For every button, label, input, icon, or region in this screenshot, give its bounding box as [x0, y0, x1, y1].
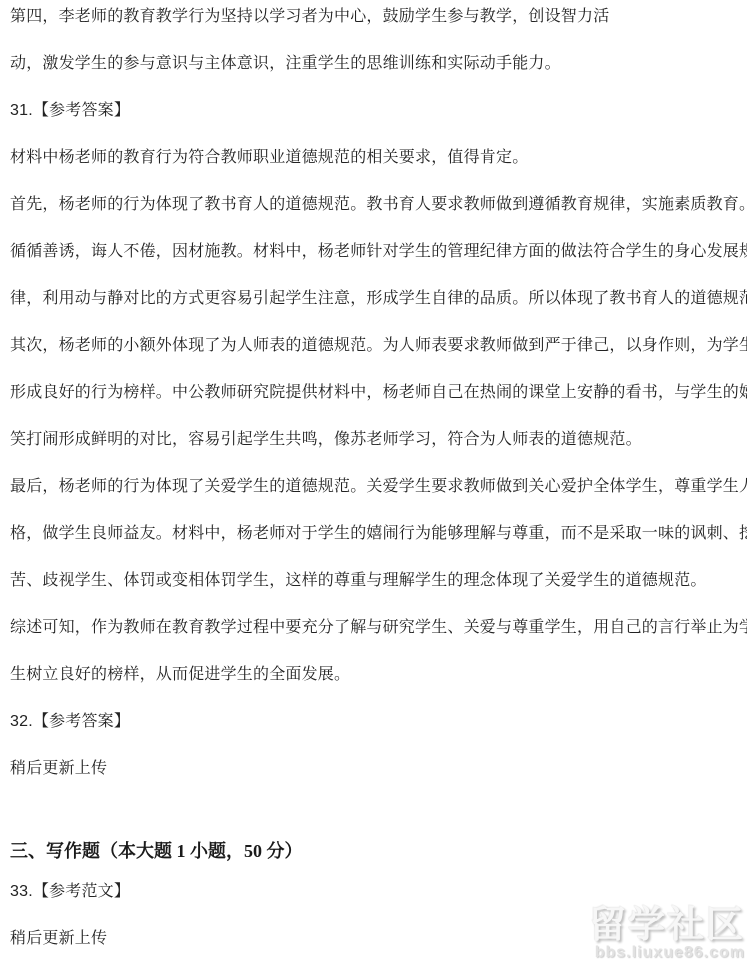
- document-page: 第四，李老师的教育教学行为坚持以学习者为中心，鼓励学生参与教学，创设智力活 动，…: [0, 0, 747, 961]
- answer-31-first-line-3: 律，利用动与静对比的方式更容易引起学生注意，形成学生自律的品质。所以体现了教书育…: [10, 275, 739, 322]
- answer-31-third-line-2: 格，做学生良师益友。材料中，杨老师对于学生的嬉闹行为能够理解与尊重，而不是采取一…: [10, 510, 739, 557]
- answer-32-label: 32.【参考答案】: [10, 698, 739, 745]
- answer-33-label: 33.【参考范文】: [10, 868, 739, 915]
- document-body: 第四，李老师的教育教学行为坚持以学习者为中心，鼓励学生参与教学，创设智力活 动，…: [0, 0, 747, 961]
- answer-33-pending-note: 稍后更新上传: [10, 915, 739, 961]
- answer-31-first-line-1: 首先，杨老师的行为体现了教书育人的道德规范。教书育人要求教师做到遵循教育规律，实…: [10, 181, 739, 228]
- answer-31-label: 31.【参考答案】: [10, 87, 739, 134]
- answer-31-third-line-3: 苦、歧视学生、体罚或变相体罚学生，这样的尊重与理解学生的理念体现了关爱学生的道德…: [10, 557, 739, 604]
- answer-31-intro: 材料中杨老师的教育行为符合教师职业道德规范的相关要求，值得肯定。: [10, 134, 739, 181]
- para-point-four-line-1: 第四，李老师的教育教学行为坚持以学习者为中心，鼓励学生参与教学，创设智力活: [10, 0, 739, 40]
- answer-31-summary-line-1: 综述可知，作为教师在教育教学过程中要充分了解与研究学生、关爱与尊重学生，用自己的…: [10, 604, 739, 651]
- section-three-heading: 三、写作题（本大题 1 小题，50 分）: [10, 834, 739, 868]
- answer-31-second-line-3: 笑打闹形成鲜明的对比，容易引起学生共鸣，像苏老师学习，符合为人师表的道德规范。: [10, 416, 739, 463]
- answer-31-summary-line-2: 生树立良好的榜样，从而促进学生的全面发展。: [10, 651, 739, 698]
- para-point-four-line-2: 动，激发学生的参与意识与主体意识，注重学生的思维训练和实际动手能力。: [10, 40, 739, 87]
- answer-31-second-line-1: 其次，杨老师的小额外体现了为人师表的道德规范。为人师表要求教师做到严于律己，以身…: [10, 322, 739, 369]
- answer-31-second-line-2: 形成良好的行为榜样。中公教师研究院提供材料中，杨老师自己在热闹的课堂上安静的看书…: [10, 369, 739, 416]
- answer-32-pending-note: 稍后更新上传: [10, 745, 739, 792]
- answer-31-first-line-2: 循循善诱，诲人不倦，因材施教。材料中，杨老师针对学生的管理纪律方面的做法符合学生…: [10, 228, 739, 275]
- answer-31-third-line-1: 最后，杨老师的行为体现了关爱学生的道德规范。关爱学生要求教师做到关心爱护全体学生…: [10, 463, 739, 510]
